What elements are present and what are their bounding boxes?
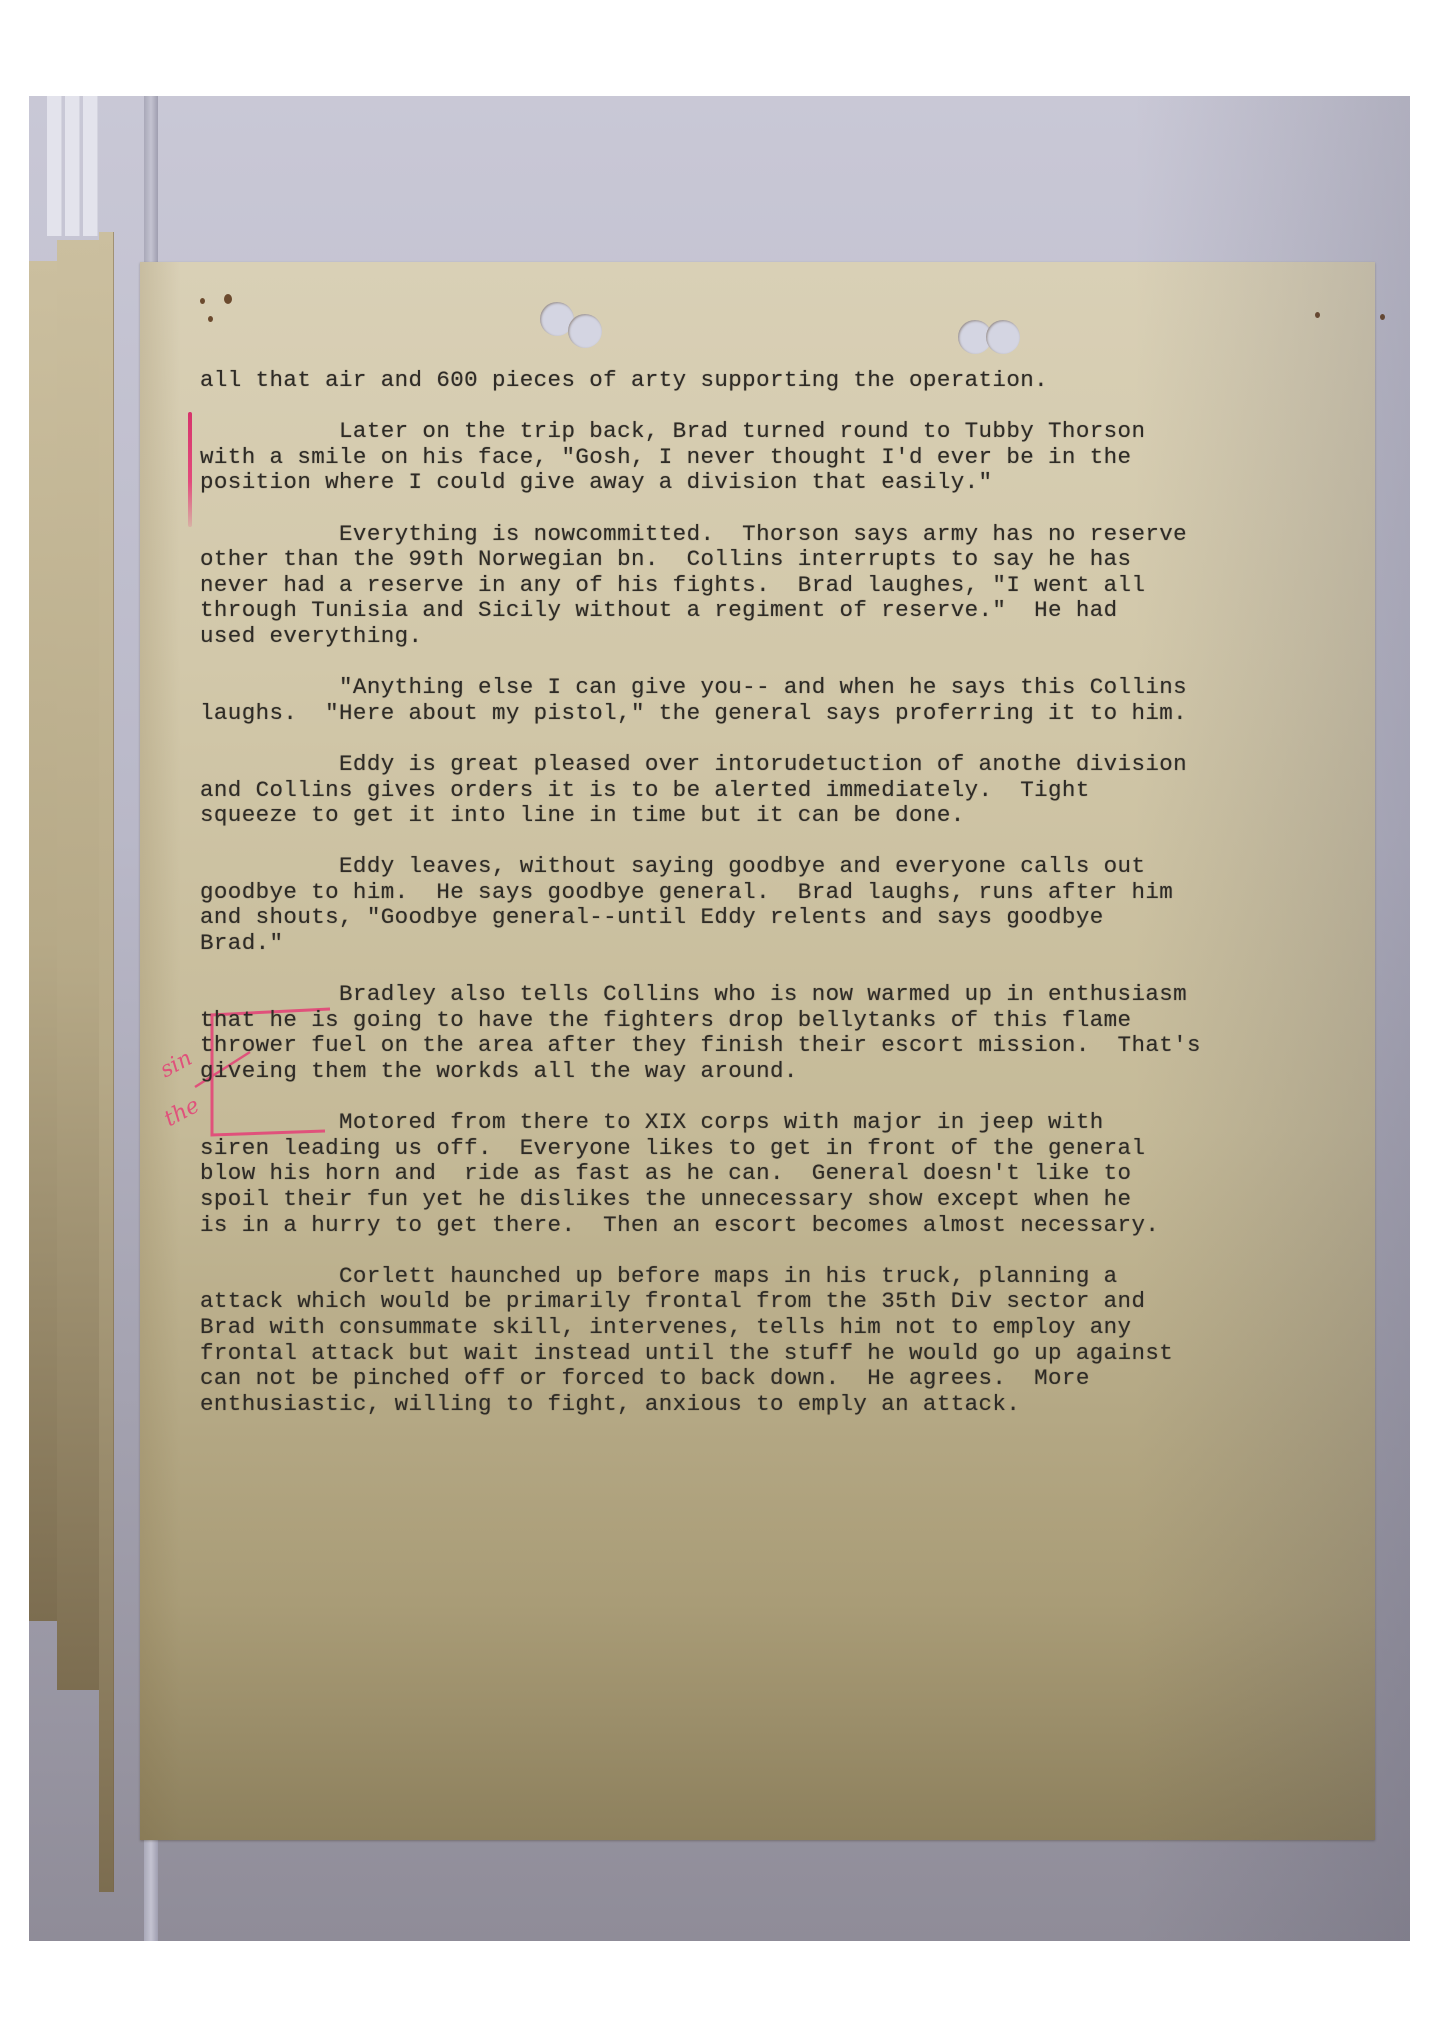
paper-speck [1380,314,1385,320]
text-line: used everything. [200,624,1320,650]
paragraph: Corlett haunched up before maps in his t… [200,1264,1320,1418]
text-line: position where I could give away a divis… [200,470,1320,496]
text-line: can not be pinched off or forced to back… [200,1366,1320,1392]
paragraph: Later on the trip back, Brad turned roun… [200,419,1320,496]
page-stack [29,96,139,1941]
document-body: all that air and 600 pieces of arty supp… [200,368,1320,1443]
paper-speck [1315,312,1320,318]
paragraph: Motored from there to XIX corps with maj… [200,1110,1320,1238]
text-line: Eddy is great pleased over intorudetucti… [200,752,1320,778]
red-margin-line [188,412,192,527]
typewritten-page: sin the all that air and 600 pieces of a… [140,262,1375,1840]
text-line: Bradley also tells Collins who is now wa… [200,982,1320,1008]
paragraph: Everything is nowcommitted. Thorson says… [200,522,1320,650]
text-line: Motored from there to XIX corps with maj… [200,1110,1320,1136]
text-line: with a smile on his face, "Gosh, I never… [200,445,1320,471]
paragraph: Eddy is great pleased over intorudetucti… [200,752,1320,829]
text-line: spoil their fun yet he dislikes the unne… [200,1187,1320,1213]
text-line: goodbye to him. He says goodbye general.… [200,880,1320,906]
text-line: and Collins gives orders it is to be ale… [200,778,1320,804]
text-line: attack which would be primarily frontal … [200,1289,1320,1315]
paragraph: all that air and 600 pieces of arty supp… [200,368,1320,394]
text-line: never had a reserve in any of his fights… [200,573,1320,599]
punch-hole [986,320,1020,354]
paragraph: Eddy leaves, without saying goodbye and … [200,854,1320,956]
text-line: frontal attack but wait instead until th… [200,1341,1320,1367]
document-photo: sin the all that air and 600 pieces of a… [29,96,1410,1941]
paper-speck [208,316,213,322]
text-line: Later on the trip back, Brad turned roun… [200,419,1320,445]
text-line: enthusiastic, willing to fight, anxious … [200,1392,1320,1418]
text-line: squeeze to get it into line in time but … [200,803,1320,829]
text-line: through Tunisia and Sicily without a reg… [200,598,1320,624]
text-line: laughs. "Here about my pistol," the gene… [200,701,1320,727]
text-line: that he is going to have the fighters dr… [200,1008,1320,1034]
text-line: Brad with consummate skill, intervenes, … [200,1315,1320,1341]
stack-sheet [47,96,62,236]
text-line: blow his horn and ride as fast as he can… [200,1161,1320,1187]
stack-sheet [65,96,80,236]
text-line: other than the 99th Norwegian bn. Collin… [200,547,1320,573]
text-line: thrower fuel on the area after they fini… [200,1033,1320,1059]
text-line: "Anything else I can give you-- and when… [200,675,1320,701]
text-line: Everything is nowcommitted. Thorson says… [200,522,1320,548]
paper-speck [200,298,205,304]
text-line: siren leading us off. Everyone likes to … [200,1136,1320,1162]
text-line: Corlett haunched up before maps in his t… [200,1264,1320,1290]
paragraph: Bradley also tells Collins who is now wa… [200,982,1320,1084]
text-line: Eddy leaves, without saying goodbye and … [200,854,1320,880]
text-line: Brad." [200,931,1320,957]
paragraph: "Anything else I can give you-- and when… [200,675,1320,726]
stack-sheet [57,240,102,1690]
text-line: giveing them the workds all the way arou… [200,1059,1320,1085]
text-line: all that air and 600 pieces of arty supp… [200,368,1320,394]
text-line: is in a hurry to get there. Then an esco… [200,1213,1320,1239]
paper-speck [224,294,232,304]
stack-sheet [99,232,114,1892]
punch-hole [568,314,602,348]
stack-sheet [83,96,98,236]
text-line: and shouts, "Goodbye general--until Eddy… [200,905,1320,931]
